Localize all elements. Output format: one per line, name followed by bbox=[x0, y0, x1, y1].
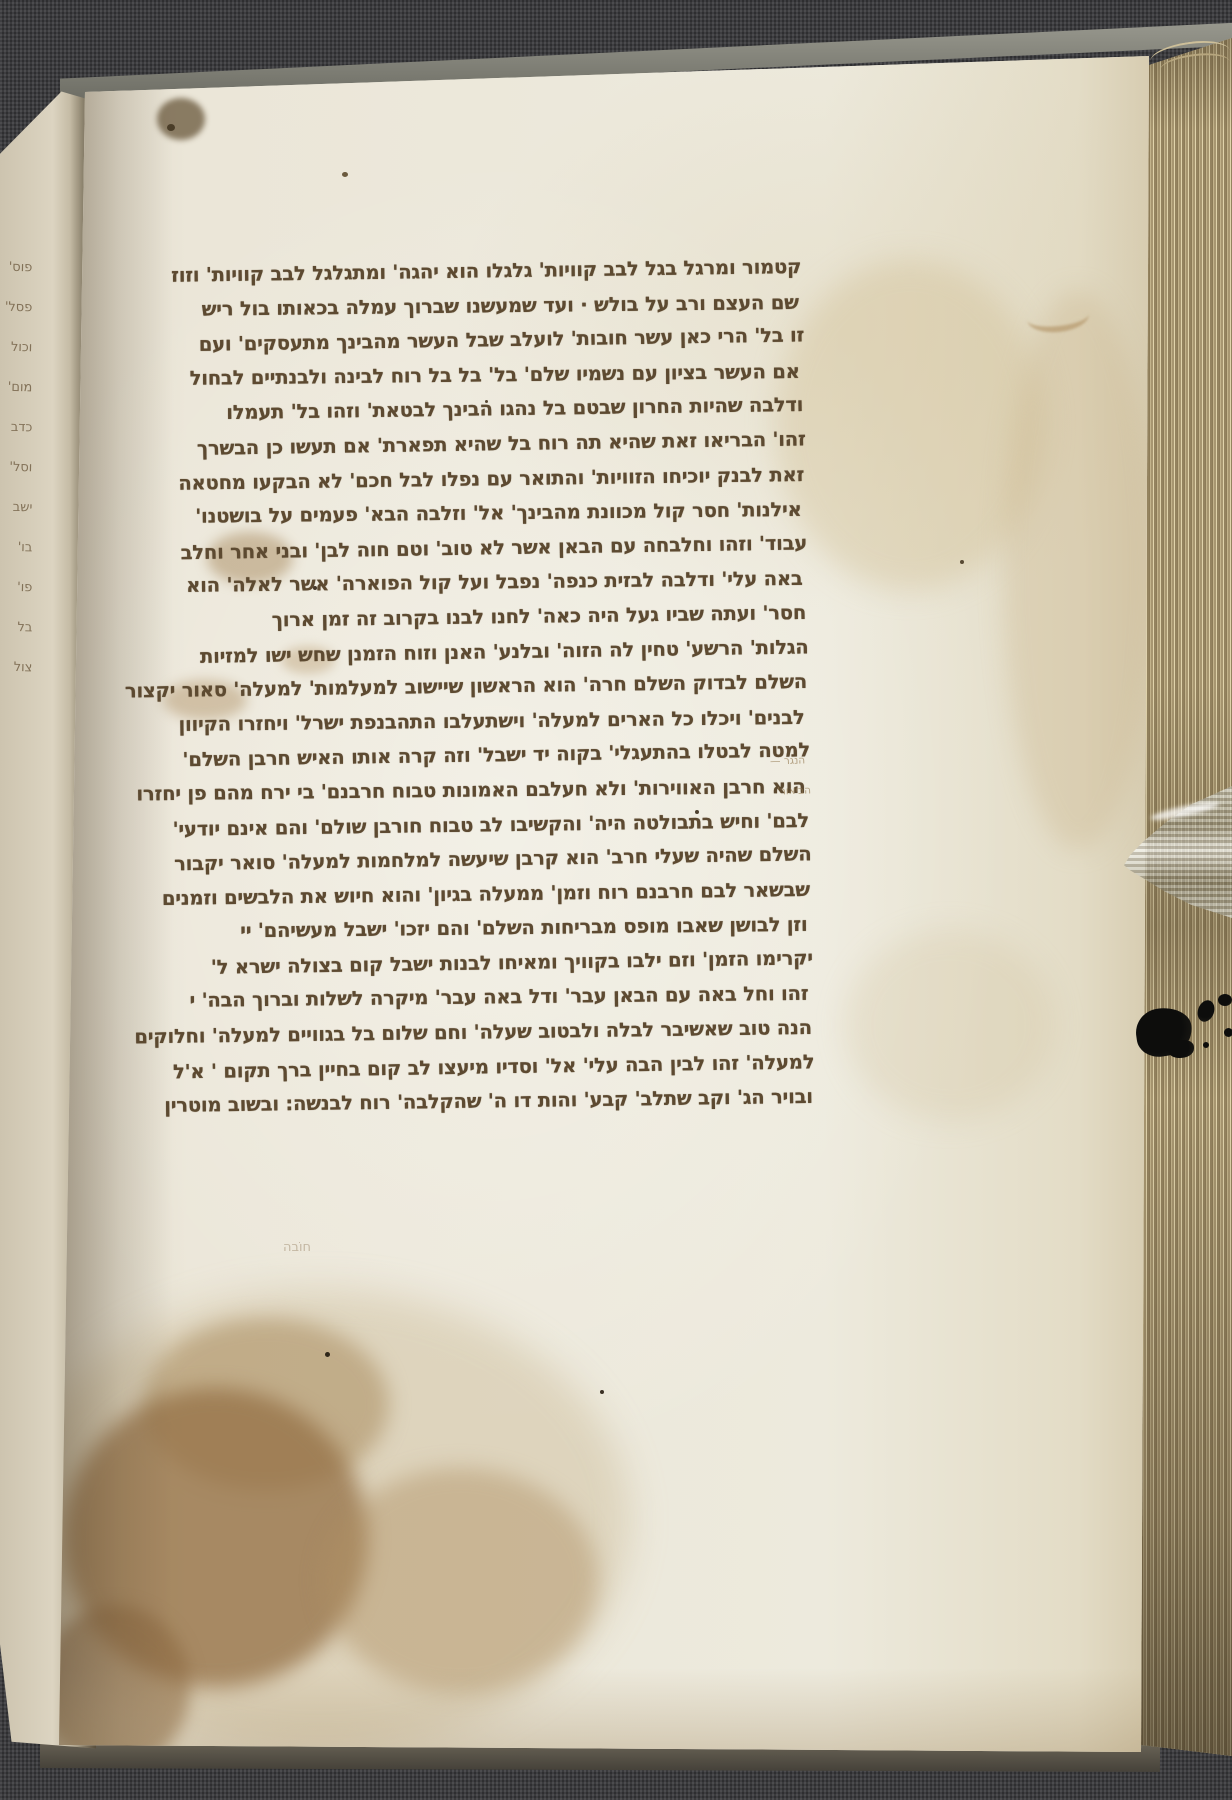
margin-note: הנגר — bbox=[770, 754, 806, 767]
stain-bottom-lobe bbox=[323, 1468, 598, 1693]
speck bbox=[600, 1390, 604, 1394]
gutter-text-fragment: פוס' bbox=[1, 260, 32, 301]
manuscript-photo-stage: פוס' פסל' וכול מום' כדב וסל' ישב בו' פו'… bbox=[0, 0, 1232, 1800]
gutter-text-fragment: כדב bbox=[1, 420, 32, 461]
gutter-text-fragment: צול bbox=[1, 660, 32, 701]
manuscript-page: קטמור ומרגל בגל לבב קוויות' גלגלו הוא יה… bbox=[55, 50, 1155, 1762]
facing-page-line-ends: פוס' פסל' וכול מום' כדב וסל' ישב בו' פו'… bbox=[2, 260, 32, 700]
gutter-text-fragment: מום' bbox=[1, 380, 32, 421]
catchword: חוֹבה bbox=[283, 1240, 311, 1255]
speck bbox=[960, 560, 964, 564]
manuscript-line: אם העשר בציון עם נשמיו שלם' בל' בל בל רו… bbox=[152, 355, 800, 397]
gutter-text-fragment: בו' bbox=[1, 540, 32, 581]
ink-spot bbox=[1203, 1042, 1209, 1048]
stain-right-band bbox=[1003, 290, 1153, 850]
speck bbox=[342, 172, 348, 177]
ink-spot bbox=[1224, 1028, 1232, 1037]
manuscript-line: הוא חרבן האווירות' ולא חעלבם האמונות טבו… bbox=[157, 770, 805, 812]
ink-spot bbox=[1218, 994, 1232, 1006]
hebrew-text-block: קטמור ומרגל בגל לבב קוויות' גלגלו הוא יה… bbox=[153, 250, 813, 1124]
gutter-text-fragment: פסל' bbox=[1, 300, 32, 341]
gutter-text-fragment: בל bbox=[1, 620, 32, 661]
gutter-text-fragment: פו' bbox=[1, 580, 32, 621]
speck bbox=[325, 1352, 330, 1357]
gutter-text-fragment: וסל' bbox=[1, 460, 32, 501]
gutter-text-fragment: ישב bbox=[1, 500, 32, 541]
gutter-text-fragment: וכול bbox=[1, 340, 32, 381]
margin-note: הביאור' bbox=[777, 784, 811, 797]
stain-mid-right bbox=[845, 930, 1055, 1120]
